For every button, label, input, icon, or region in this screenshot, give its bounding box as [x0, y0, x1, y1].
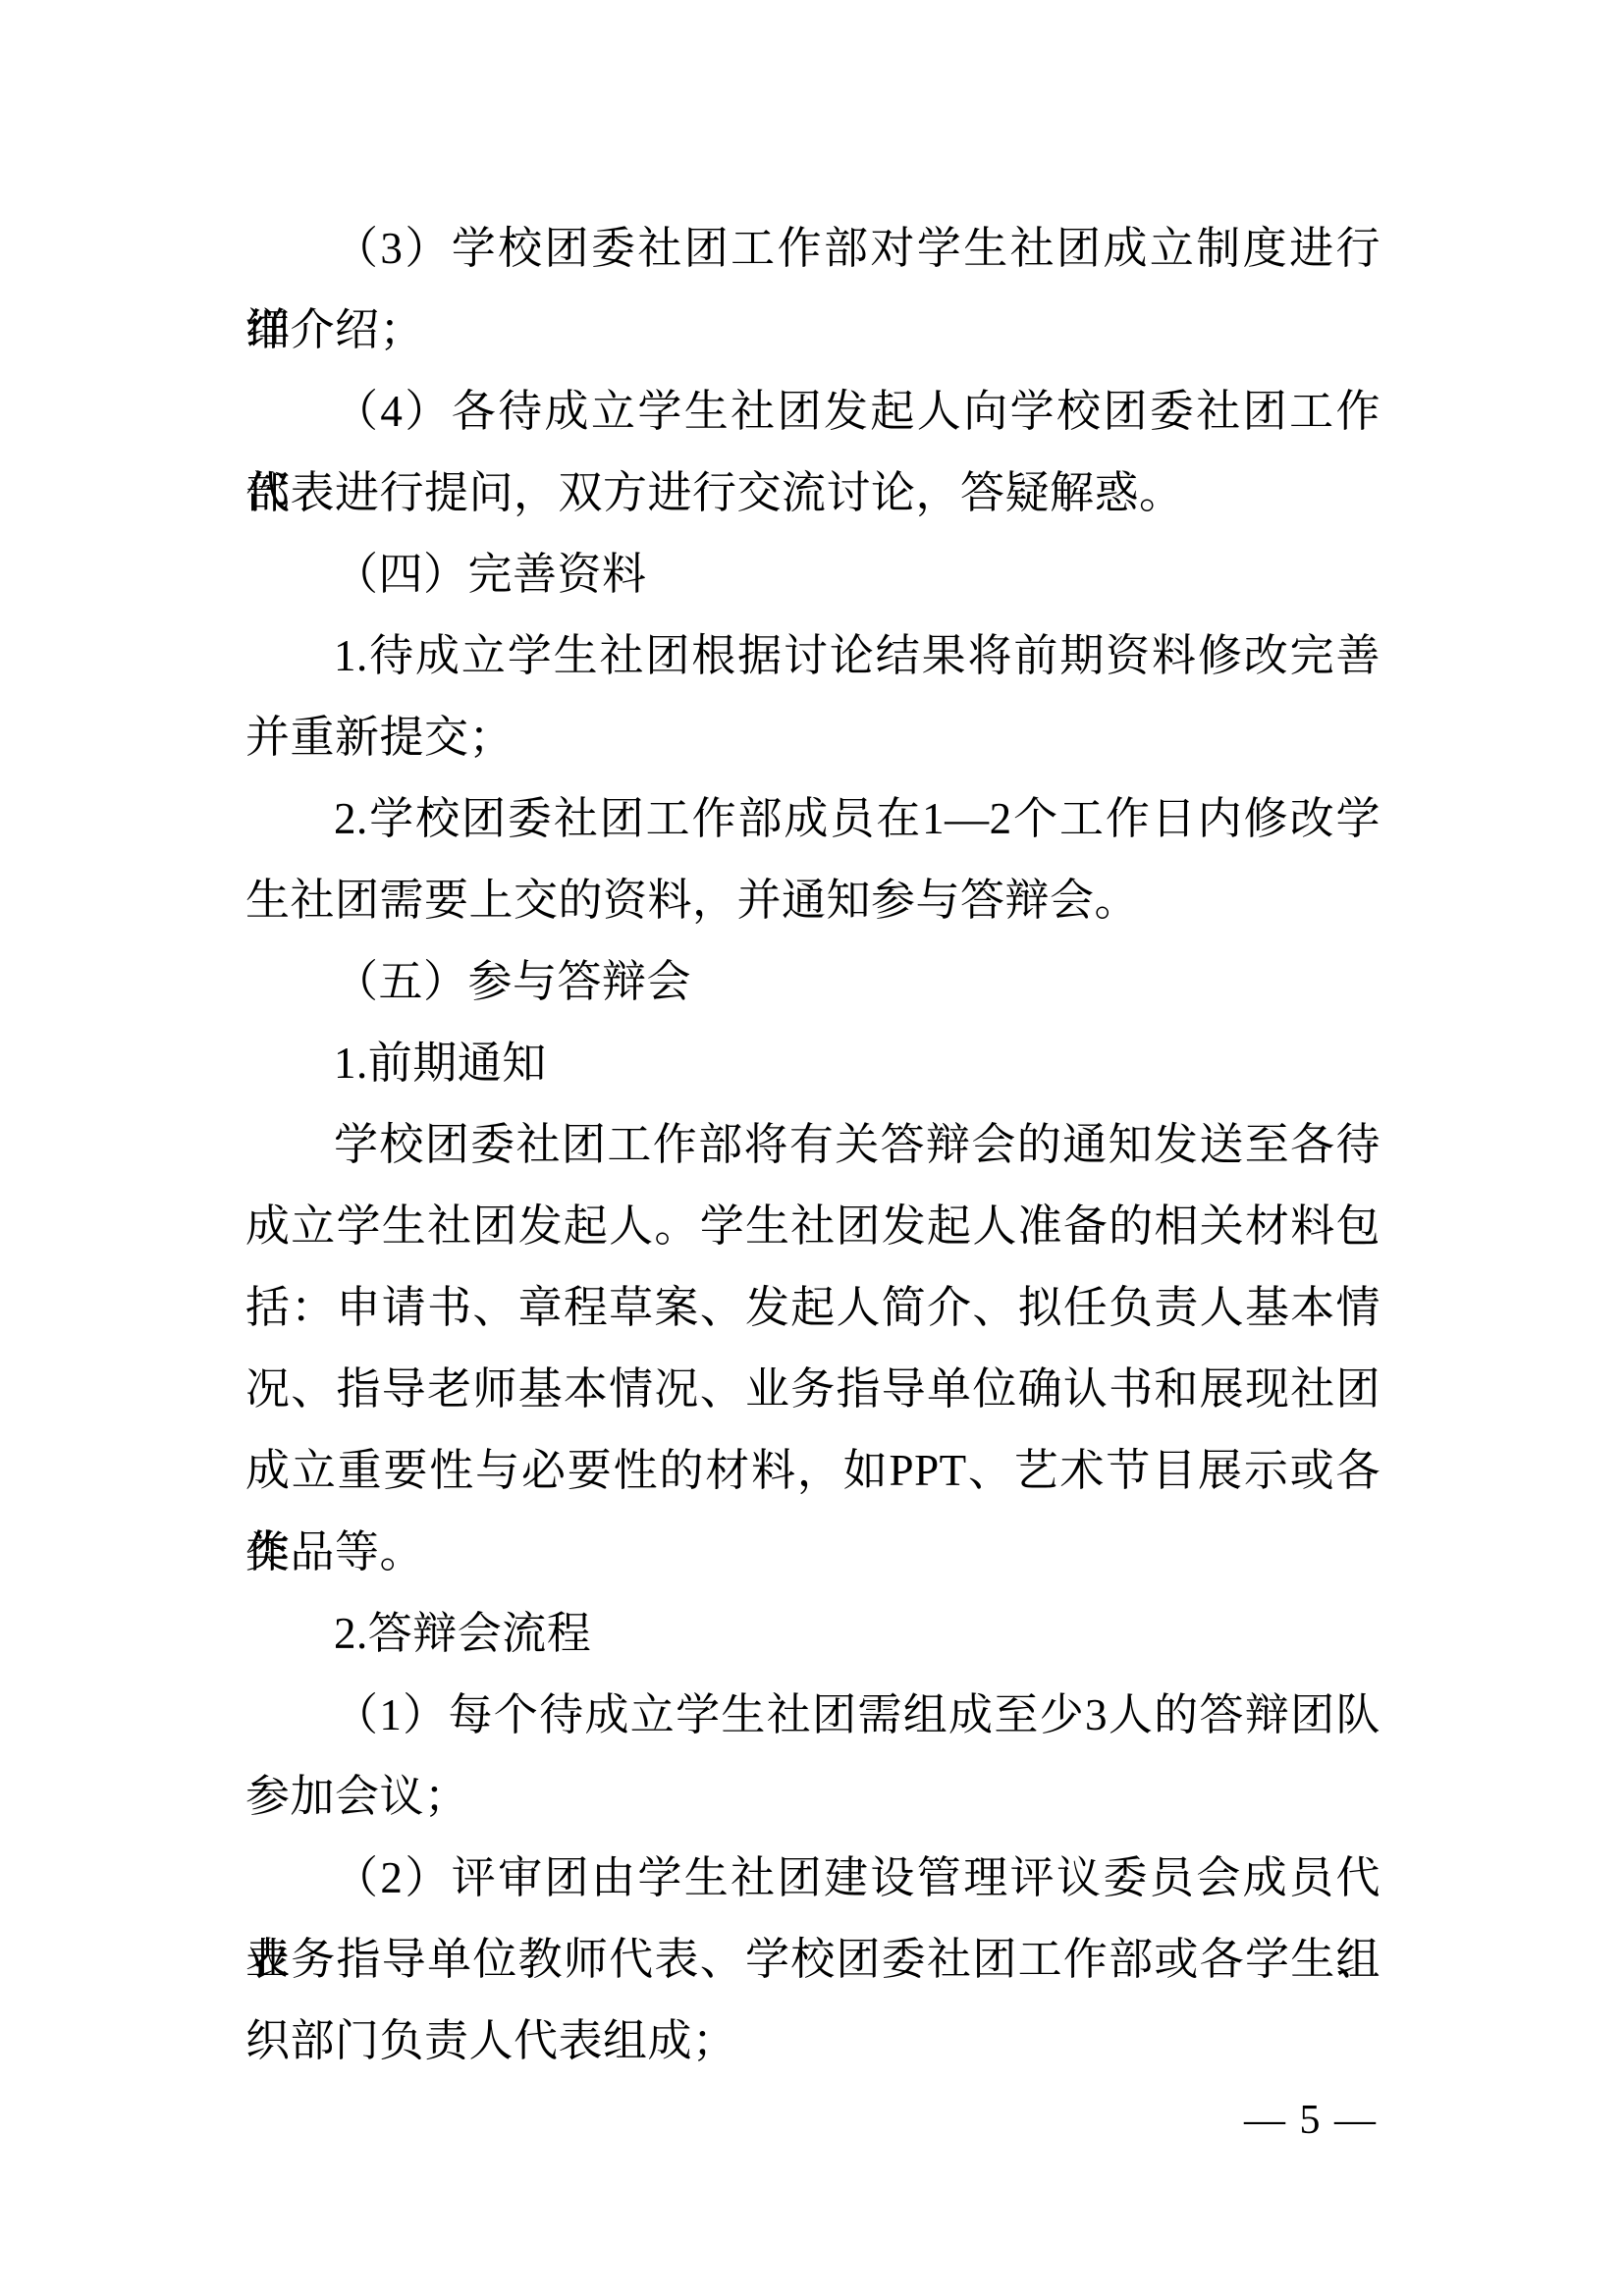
text-line: 2.答辩会流程	[245, 1593, 1380, 1675]
text-line: 1.待成立学生社团根据讨论结果将前期资料修改完善	[245, 615, 1380, 697]
text-line: （4）各待成立学生社团发起人向学校团委社团工作部	[245, 371, 1380, 453]
text-line: （3）学校团委社团工作部对学生社团成立制度进行详	[245, 208, 1380, 290]
text-line: 作品等。	[245, 1512, 1380, 1593]
text-line: （1）每个待成立学生社团需组成至少3人的答辩团队	[245, 1675, 1380, 1756]
text-line: 并重新提交；	[245, 697, 1380, 778]
text-line: 织部门负责人代表组成；	[245, 2001, 1380, 2082]
text-line: 成立学生社团发起人。学生社团发起人准备的相关材料包	[245, 1186, 1380, 1267]
text-line: 2.学校团委社团工作部成员在1—2个工作日内修改学	[245, 778, 1380, 860]
text-line: （2）评审团由学生社团建设管理评议委员会成员代表、	[245, 1838, 1380, 1919]
text-line: 括：申请书、章程草案、发起人简介、拟任负责人基本情	[245, 1267, 1380, 1349]
text-line: 生社团需要上交的资料，并通知参与答辩会。	[245, 860, 1380, 941]
text-line: 1.前期通知	[245, 1023, 1380, 1104]
text-line: 况、指导老师基本情况、业务指导单位确认书和展现社团	[245, 1349, 1380, 1430]
page-number: — 5 —	[1244, 2097, 1378, 2144]
text-line: 参加会议；	[245, 1756, 1380, 1838]
text-line: （四）完善资料	[245, 534, 1380, 615]
text-line: 细介绍；	[245, 290, 1380, 371]
text-line: （五）参与答辩会	[245, 941, 1380, 1023]
text-line: 成立重要性与必要性的材料，如PPT、艺术节目展示或各类	[245, 1430, 1380, 1512]
text-line: 业务指导单位教师代表、学校团委社团工作部或各学生组	[245, 1919, 1380, 2001]
text-line: 学校团委社团工作部将有关答辩会的通知发送至各待	[245, 1104, 1380, 1186]
document-page: （3）学校团委社团工作部对学生社团成立制度进行详细介绍；（4）各待成立学生社团发…	[0, 0, 1624, 2296]
document-body: （3）学校团委社团工作部对学生社团成立制度进行详细介绍；（4）各待成立学生社团发…	[245, 208, 1380, 2082]
text-line: 代表进行提问，双方进行交流讨论，答疑解惑。	[245, 453, 1380, 534]
